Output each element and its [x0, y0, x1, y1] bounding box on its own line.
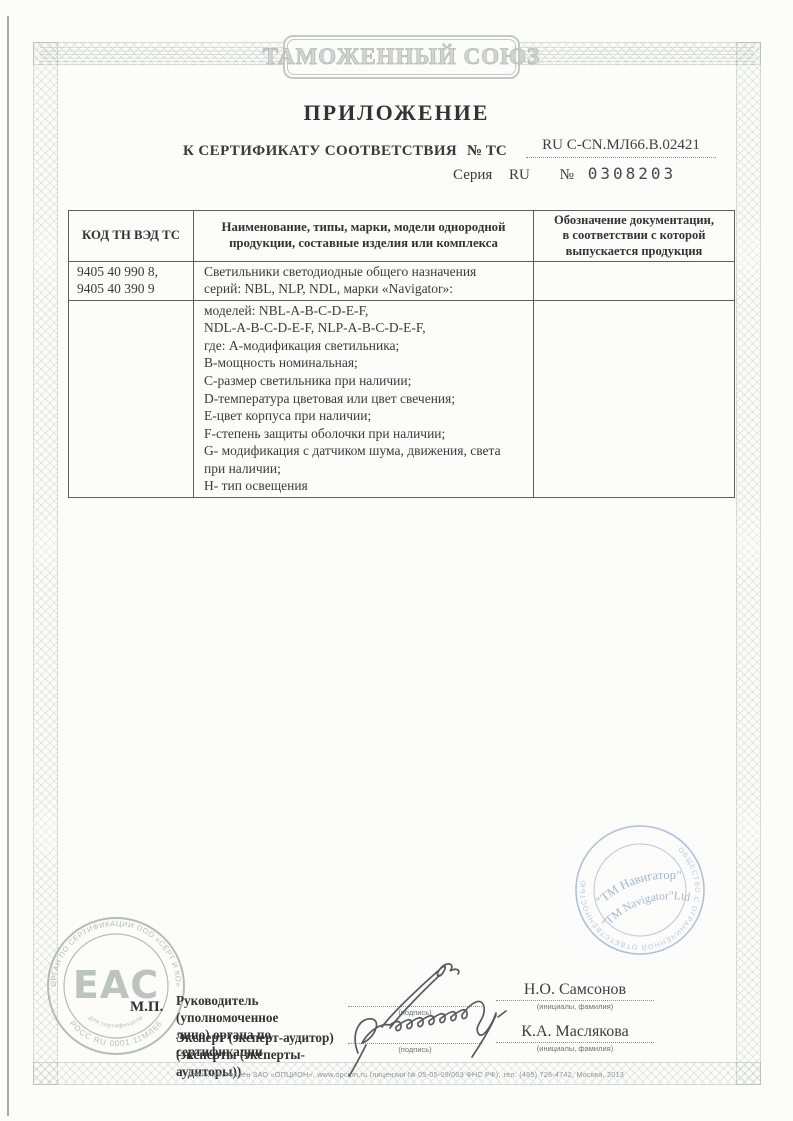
handwritten-signatures	[330, 925, 540, 1090]
tm-navigator-stamp: ОБЩЕСТВО С ОГРАНИЧЕННОЙ ОТВЕТСТВЕННОСТЬЮ…	[547, 797, 733, 983]
series-label: Серия	[453, 167, 492, 183]
cell-docs	[534, 261, 735, 300]
mp-seal-label: М.П.	[130, 999, 163, 1016]
cell-docs	[534, 300, 735, 497]
table-row: 9405 40 990 8, 9405 40 390 9 Светильники…	[69, 261, 735, 300]
certificate-label: К СЕРТИФИКАТУ СООТВЕТСТВИЯ	[183, 143, 457, 160]
header-docs: Обозначение документации, в соответствии…	[534, 211, 735, 262]
cell-name: моделей: NBL-A-B-C-D-E-F, NDL-A-B-C-D-E-…	[194, 300, 534, 497]
org-stamp-ring-bottom-text: РОСС RU 0001 11МЛ66	[68, 1019, 165, 1048]
border-band-right	[736, 42, 761, 1085]
certificate-number: RU C-CN.МЛ66.В.02421	[526, 137, 716, 158]
header-code: КОД ТН ВЭД ТС	[69, 211, 194, 262]
page-title: ПРИЛОЖЕНИЕ	[0, 100, 793, 126]
series-number: 0308203	[588, 164, 676, 183]
series-region: RU	[509, 167, 530, 183]
cell-name: Светильники светодиодные общего назначен…	[194, 261, 534, 300]
cell-code: 9405 40 990 8, 9405 40 390 9	[69, 261, 194, 300]
customs-union-banner: ТАМОЖЕННЫЙ СОЮЗ	[283, 35, 520, 79]
header-name: Наименование, типы, марки, модели одноро…	[194, 211, 534, 262]
certificate-appendix-page: ТАМОЖЕННЫЙ СОЮЗ ПРИЛОЖЕНИЕ К СЕРТИФИКАТУ…	[0, 0, 793, 1121]
product-table: КОД ТН ВЭД ТС Наименование, типы, марки,…	[68, 210, 735, 498]
certification-body-stamp: ОРГАН ПО СЕРТИФИКАЦИИ ООО «СЕРТ И КО» РО…	[38, 908, 194, 1064]
table-header-row: КОД ТН ВЭД ТС Наименование, типы, марки,…	[69, 211, 735, 262]
expert-signature-dash	[498, 1011, 506, 1017]
series-row: Серия RU № 0308203	[453, 164, 676, 184]
cell-code	[69, 300, 194, 497]
series-number-sign: №	[560, 167, 574, 183]
svg-text:для сертификатов: для сертификатов	[87, 1015, 144, 1030]
svg-text:РОСС RU 0001 11МЛ66: РОСС RU 0001 11МЛ66	[68, 1019, 165, 1048]
expert-signature-stroke	[355, 1001, 496, 1053]
certificate-no-label: № ТС	[467, 143, 507, 160]
expert-signature-tail	[472, 1015, 496, 1057]
customs-union-banner-text: ТАМОЖЕННЫЙ СОЮЗ	[263, 44, 540, 70]
table-row: моделей: NBL-A-B-C-D-E-F, NDL-A-B-C-D-E-…	[69, 300, 735, 497]
scan-edge-line	[7, 16, 9, 1116]
customs-union-banner-frame: ТАМОЖЕННЫЙ СОЮЗ	[287, 39, 516, 75]
org-stamp-inner-text: для сертификатов	[87, 1015, 144, 1030]
